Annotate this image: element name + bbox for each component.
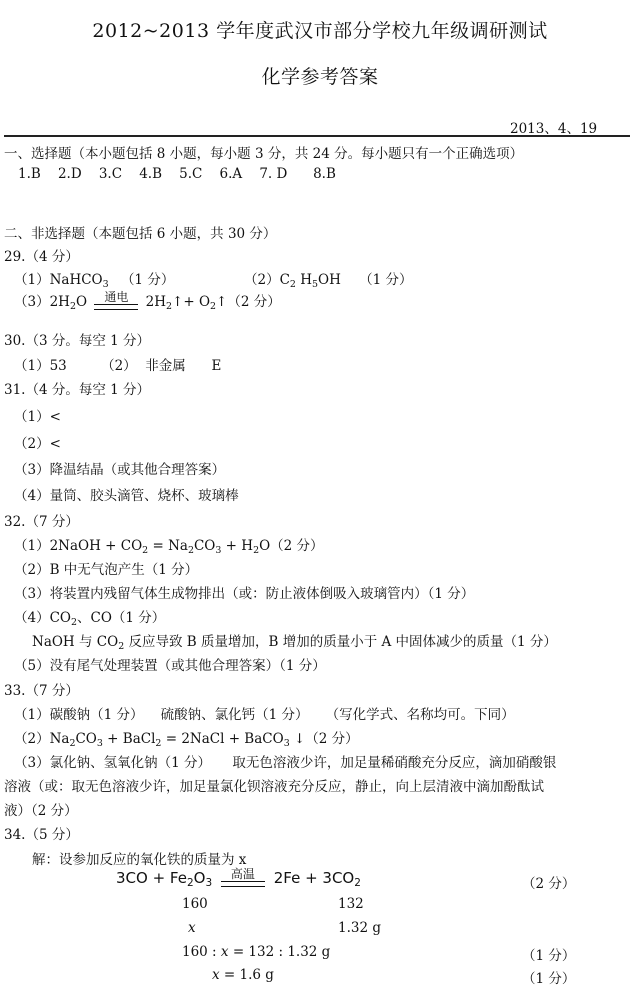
q33-answer-3-line2: 溶液（或：取无色溶液少许，加足量氯化钡溶液充分反应，静止，向上层清液中滴加酚酞试 (4, 775, 544, 795)
q33-heading: 33.（7 分） (4, 679, 79, 699)
q33-answer-3-line1: （3）氯化钠、氢氧化钠（1 分） 取无色溶液少许，加足量稀硝酸充分反应，滴加硝酸… (14, 751, 556, 771)
q31-answer-1: （1）< (14, 405, 61, 425)
q34-result-score: （1 分） (522, 967, 575, 987)
header-divider (4, 135, 630, 137)
section1-heading: 一、选择题（本小题包括 8 小题，每小题 3 分，共 24 分。每小题只有一个正… (4, 142, 523, 162)
q34-reaction-equation: 3CO + Fe2O3 高温 2Fe + 3CO2 (116, 868, 361, 887)
document-title: 2012~2013 学年度武汉市部分学校九年级调研测试 (0, 16, 640, 43)
reaction-condition-electrolysis: 通电 (94, 291, 138, 310)
q32-answer-3: （3）将装置内残留气体生成物排出（或：防止液体倒吸入玻璃管内）（1 分） (14, 582, 474, 602)
q29-answer-3: （3）2H2O 通电 2H2↑+ O2↑（2 分） (14, 290, 281, 310)
q32-heading: 32.（7 分） (4, 510, 79, 530)
q34-heading: 34.（5 分） (4, 823, 79, 843)
q34-mw-fe2o3: 160 (182, 896, 208, 912)
q34-var-x: x (188, 920, 196, 936)
q34-ratio-equation: 160 : x = 132 : 1.32 g (182, 944, 330, 960)
q33-answer-1: （1）碳酸钠（1 分） 硫酸钠、氯化钙（1 分） （写化学式、名称均可。下同） (14, 703, 515, 723)
q32-answer-4-explanation: NaOH 与 CO2 反应导致 B 质量增加，B 增加的质量小于 A 中固体减少… (32, 630, 557, 650)
q31-answer-2: （2）< (14, 432, 61, 452)
q32-answer-1: （1）2NaOH + CO2 = Na2CO3 + H2O（2 分） (14, 534, 324, 554)
q31-heading: 31.（4 分。每空 1 分） (4, 378, 150, 398)
q33-answer-3-line3: 液）（2 分） (4, 799, 78, 819)
reaction-condition-high-temp: 高温 (221, 868, 265, 887)
q34-equation-score: （2 分） (522, 872, 575, 892)
q34-solve-intro: 解：设参加反应的氧化铁的质量为 x (32, 848, 246, 868)
section2-heading: 二、非选择题（本题包括 6 小题，共 30 分） (4, 222, 276, 242)
q31-answer-3: （3）降温结晶（或其他合理答案） (14, 458, 225, 478)
q33-answer-2: （2）Na2CO3 + BaCl2 = 2NaCl + BaCO3 ↓（2 分） (14, 727, 359, 747)
q30-heading: 30.（3 分。每空 1 分） (4, 329, 150, 349)
section1-answers: 1.B 2.D 3.C 4.B 5.C 6.A 7. D 8.B (18, 166, 336, 182)
q30-answers: （1）53 （2） 非金属 E (14, 354, 221, 374)
document-date: 2013、4、19 (510, 117, 597, 137)
document-subtitle: 化学参考答案 (0, 62, 640, 89)
q29-answer-1: （1）NaHCO3 （1 分） (14, 268, 174, 288)
q34-mw-co2: 132 (338, 896, 364, 912)
q29-heading: 29.（4 分） (4, 245, 79, 265)
q29-answer-2: （2）C2 H5OH （1 分） (244, 268, 413, 288)
q34-ratio-score: （1 分） (522, 944, 575, 964)
q34-mass-co2: 1.32 g (338, 920, 381, 936)
q31-answer-4: （4）量筒、胶头滴管、烧杯、玻璃棒 (14, 484, 239, 504)
q32-answer-2: （2）B 中无气泡产生（1 分） (14, 558, 198, 578)
q32-answer-5: （5）没有尾气处理装置（或其他合理答案）（1 分） (14, 654, 326, 674)
q34-result: x = 1.6 g (212, 967, 274, 983)
q32-answer-4: （4）CO2、CO（1 分） (14, 606, 165, 626)
